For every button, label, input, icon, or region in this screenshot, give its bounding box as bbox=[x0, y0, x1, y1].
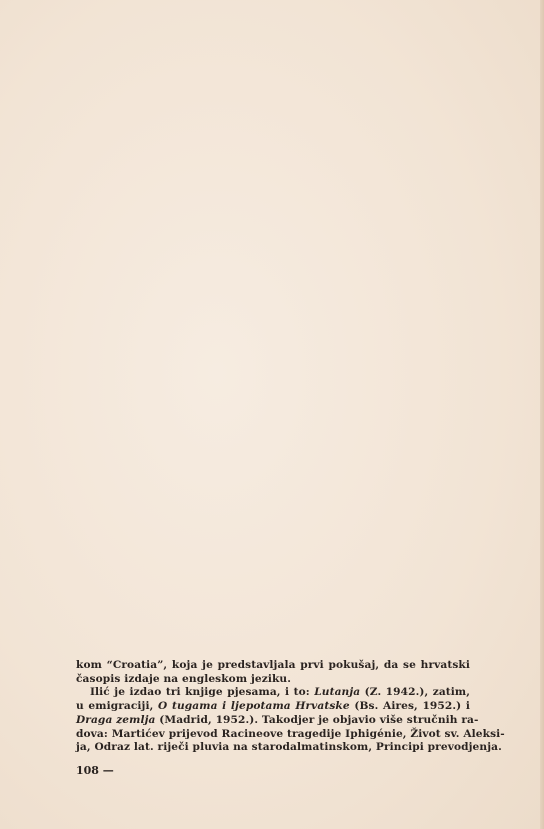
text-line: ja, Odraz lat. riječi pluvia na starodal… bbox=[76, 741, 470, 755]
book-page: kom “Croatia”, koja je predstavljala prv… bbox=[0, 0, 544, 829]
book-title: O tugama i ljepotama Hrvatske bbox=[158, 700, 350, 712]
text-line: kom “Croatia”, koja je predstavljala prv… bbox=[76, 659, 470, 673]
book-title: Draga zemlja bbox=[76, 714, 155, 726]
page-edge bbox=[540, 0, 544, 829]
book-title: Lutanja bbox=[314, 686, 360, 698]
text-line: dova: Martićev prijevod Racineove traged… bbox=[76, 728, 470, 742]
body-text: kom “Croatia”, koja je predstavljala prv… bbox=[76, 659, 470, 755]
text-line: Draga zemlja (Madrid, 1952.). Takodjer j… bbox=[76, 714, 470, 728]
page-number: 108 — bbox=[76, 764, 114, 777]
text-line: Ilić je izdao tri knjige pjesama, i to: … bbox=[76, 686, 470, 700]
text-line: u emigraciji, O tugama i ljepotama Hrvat… bbox=[76, 700, 470, 714]
text-line: časopis izdaje na engleskom jeziku. bbox=[76, 673, 470, 687]
